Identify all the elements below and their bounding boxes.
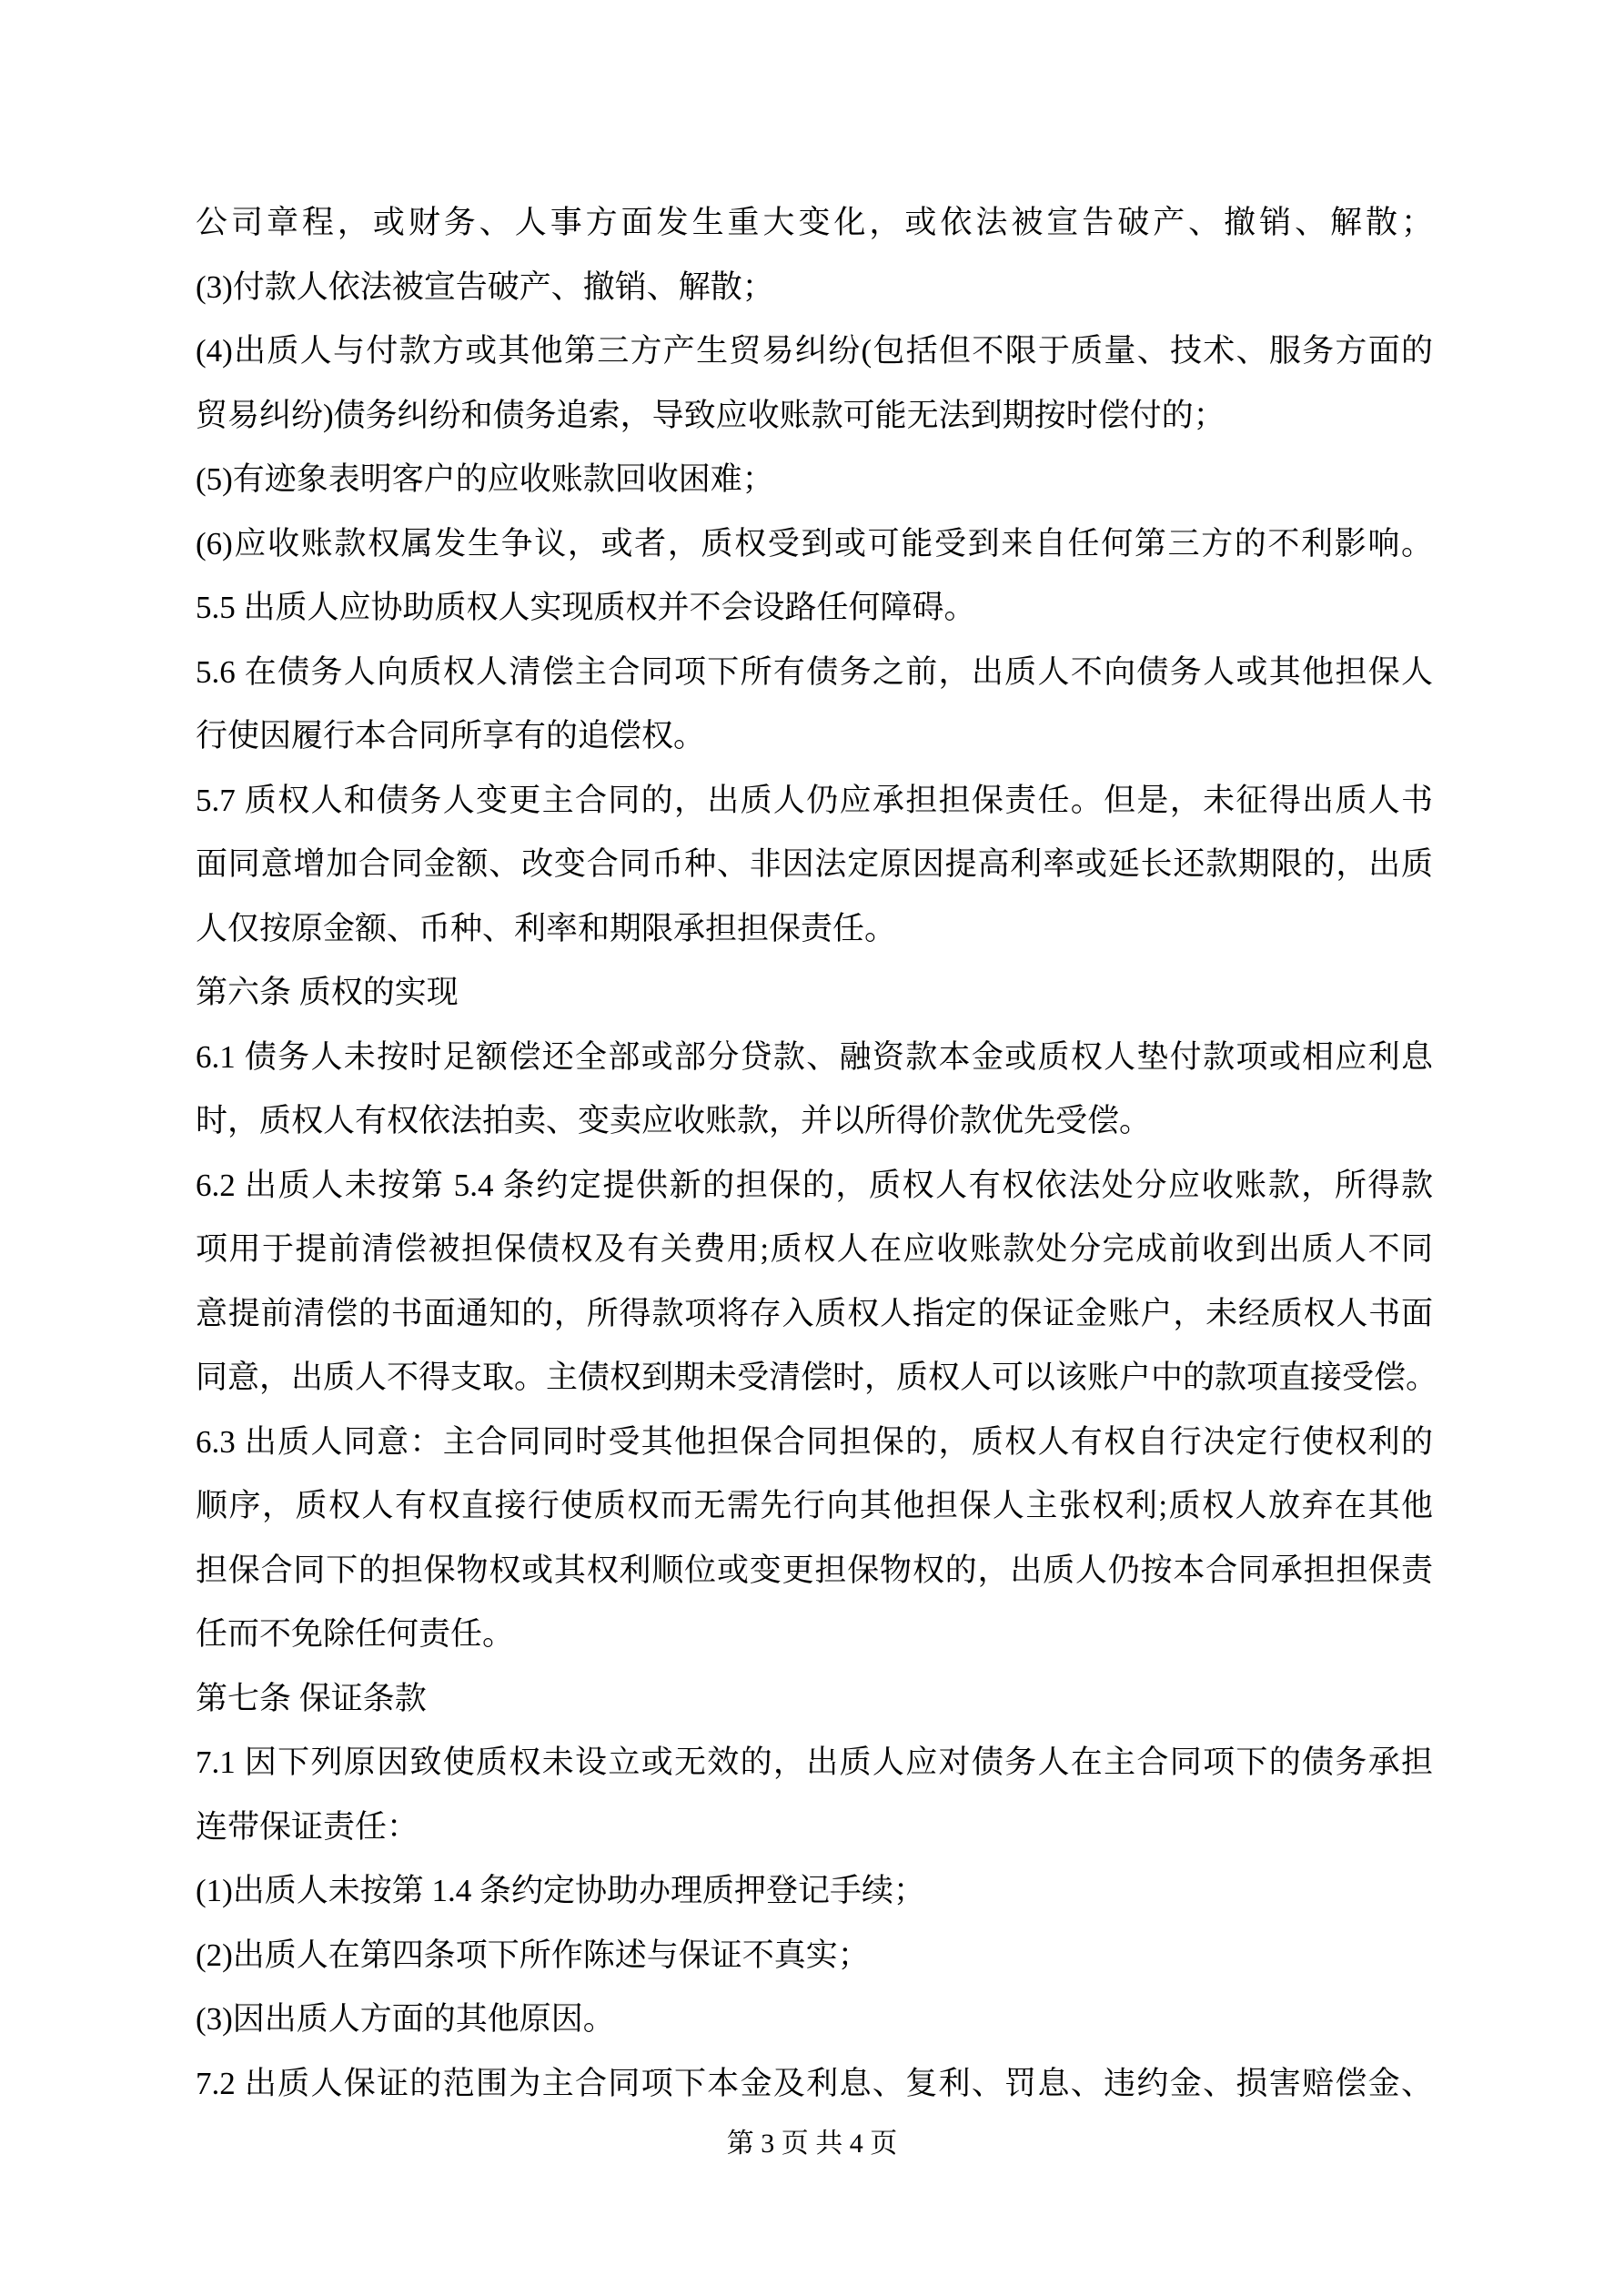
document-line: 第六条 质权的实现 — [196, 961, 1433, 1026]
page-number-footer: 第 3 页 共 4 页 — [0, 2126, 1624, 2162]
document-line: 7.1 因下列原因致使质权未设立或无效的，出质人应对债务人在主合同项下的债务承担 — [196, 1731, 1433, 1795]
document-body: 公司章程，或财务、人事方面发生重大变化，或依法被宣告破产、撤销、解散；(3)付款… — [196, 191, 1433, 2116]
document-line: 6.2 出质人未按第 5.4 条约定提供新的担保的，质权人有权依法处分应收账款，… — [196, 1154, 1433, 1219]
document-line: 人仅按原金额、币种、利率和期限承担担保责任。 — [196, 897, 1433, 962]
document-line: 连带保证责任： — [196, 1795, 1433, 1860]
document-line: 7.2 出质人保证的范围为主合同项下本金及利息、复利、罚息、违约金、损害赔偿金、 — [196, 2052, 1433, 2117]
document-line: 意提前清偿的书面通知的，所得款项将存入质权人指定的保证金账户，未经质权人书面 — [196, 1282, 1433, 1347]
document-line: 担保合同下的担保物权或其权利顺位或变更担保物权的，出质人仍按本合同承担担保责 — [196, 1539, 1433, 1603]
document-line: 行使因履行本合同所享有的追偿权。 — [196, 704, 1433, 769]
document-line: 贸易纠纷)债务纠纷和债务追索，导致应收账款可能无法到期按时偿付的； — [196, 384, 1433, 449]
document-line: 同意，出质人不得支取。主债权到期未受清偿时，质权人可以该账户中的款项直接受偿。 — [196, 1346, 1433, 1411]
document-line: 5.7 质权人和债务人变更主合同的，出质人仍应承担担保责任。但是，未征得出质人书 — [196, 769, 1433, 834]
document-page: 公司章程，或财务、人事方面发生重大变化，或依法被宣告破产、撤销、解散；(3)付款… — [0, 0, 1624, 2296]
document-line: (6)应收账款权属发生争议，或者，质权受到或可能受到来自任何第三方的不利影响。 — [196, 512, 1433, 577]
document-line: (3)因出质人方面的其他原因。 — [196, 1988, 1433, 2052]
document-line: (3)付款人依法被宣告破产、撤销、解散； — [196, 256, 1433, 320]
document-line: (2)出质人在第四条项下所作陈述与保证不真实； — [196, 1924, 1433, 1988]
document-line: (1)出质人未按第 1.4 条约定协助办理质押登记手续； — [196, 1859, 1433, 1924]
document-line: 6.1 债务人未按时足额偿还全部或部分贷款、融资款本金或质权人垫付款项或相应利息 — [196, 1026, 1433, 1090]
document-line: 5.6 在债务人向质权人清偿主合同项下所有债务之前，出质人不向债务人或其他担保人 — [196, 641, 1433, 705]
document-line: (5)有迹象表明客户的应收账款回收困难； — [196, 448, 1433, 512]
document-line: 时，质权人有权依法拍卖、变卖应收账款，并以所得价款优先受偿。 — [196, 1089, 1433, 1154]
document-line: 面同意增加合同金额、改变合同币种、非因法定原因提高利率或延长还款期限的，出质 — [196, 833, 1433, 897]
document-line: 5.5 出质人应协助质权人实现质权并不会设路任何障碍。 — [196, 576, 1433, 641]
document-line: (4)出质人与付款方或其他第三方产生贸易纠纷(包括但不限于质量、技术、服务方面的 — [196, 319, 1433, 384]
document-line: 公司章程，或财务、人事方面发生重大变化，或依法被宣告破产、撤销、解散； — [196, 191, 1433, 256]
document-line: 6.3 出质人同意：主合同同时受其他担保合同担保的，质权人有权自行决定行使权利的 — [196, 1411, 1433, 1475]
document-line: 顺序，质权人有权直接行使质权而无需先行向其他担保人主张权利;质权人放弃在其他 — [196, 1474, 1433, 1539]
document-line: 第七条 保证条款 — [196, 1667, 1433, 1732]
document-line: 任而不免除任何责任。 — [196, 1603, 1433, 1667]
document-line: 项用于提前清偿被担保债权及有关费用;质权人在应收账款处分完成前收到出质人不同 — [196, 1218, 1433, 1282]
